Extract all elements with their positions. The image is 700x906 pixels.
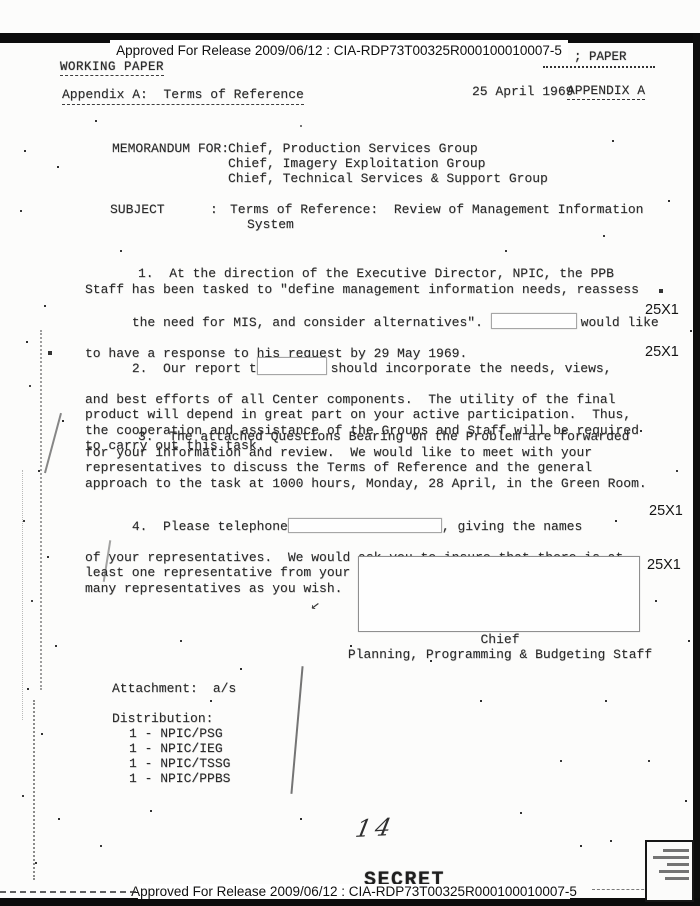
scan-scratch (44, 413, 61, 473)
stamp-underline (543, 66, 655, 68)
working-paper-stamp: WORKING PAPER (60, 60, 164, 76)
appendix-heading: Appendix A: Terms of Reference (62, 87, 304, 105)
document-date: 25 April 1969 (472, 84, 573, 99)
scan-dotted-line (40, 330, 42, 690)
text-before-redaction: 4. Please telephone (132, 519, 288, 534)
scan-noise (0, 0, 2, 2)
memorandum-for-label: MEMORANDUM FOR: (112, 141, 229, 156)
appendix-label: APPENDIX A (567, 83, 645, 100)
stamp-smudge (665, 877, 689, 880)
distribution-item: 1 - NPIC/IEG (129, 741, 230, 756)
recipient: Chief, Imagery Exploitation Group (228, 156, 548, 171)
scan-dotted-line (22, 470, 23, 720)
paragraph-line: approach to the task at 1000 hours, Mond… (85, 476, 670, 492)
paragraph-line: Staff has been tasked to "define managem… (85, 282, 670, 298)
distribution-list: 1 - NPIC/PSG 1 - NPIC/IEG 1 - NPIC/TSSG … (129, 726, 230, 786)
paragraph-3: 3. The attached Questions Bearing on the… (85, 429, 670, 491)
attachment-value: a/s (213, 681, 236, 696)
subject-label: SUBJECT (110, 202, 165, 217)
paragraph-line: product will depend in great part on you… (85, 407, 670, 423)
paragraph-line: 1. At the direction of the Executive Dir… (85, 266, 670, 282)
scanned-memo-page: Approved For Release 2009/06/12 : CIA-RD… (0, 0, 700, 906)
stamp-smudge (659, 870, 689, 873)
text-after-redaction: should incorporate the needs, views, (331, 361, 612, 376)
margin-note-25x1: 25X1 (645, 344, 679, 360)
signature-redaction-box (358, 556, 640, 632)
bottom-scan-bar (0, 898, 700, 906)
distribution-item: 1 - NPIC/PSG (129, 726, 230, 741)
subject-line: System (247, 217, 294, 232)
recipient: Chief, Technical Services & Support Grou… (228, 171, 548, 186)
redaction-box (288, 518, 442, 533)
text-before-redaction: 2. Our report t (132, 361, 257, 376)
margin-note-25x1: 25X1 (647, 557, 681, 573)
scan-scratch (290, 666, 303, 794)
attachment-label: Attachment: (112, 681, 198, 696)
illegible-stamp-box (645, 840, 694, 902)
paragraph-line: for your information and review. We woul… (85, 445, 670, 461)
right-scan-bar (693, 33, 700, 906)
handwritten-mark: ↙ (310, 594, 322, 614)
attachment-row: Attachment:a/s (112, 681, 236, 696)
signature-block: Chief Planning, Programming & Budgeting … (300, 632, 700, 662)
paragraph-line: 2. Our report tshould incorporate the ne… (85, 341, 670, 392)
scan-dotted-line (33, 700, 35, 880)
paragraph-line: 3. The attached Questions Bearing on the… (85, 429, 670, 445)
margin-note-25x1: 25X1 (649, 503, 683, 519)
paragraph-line: the need for MIS, and consider alternati… (85, 297, 670, 346)
paragraph-line: 4. Please telephone, giving the names (85, 502, 670, 550)
working-paper-stamp-fragment: ; PAPER (574, 50, 627, 64)
text-after-redaction: , giving the names (442, 519, 582, 534)
subject-line: Terms of Reference: Review of Management… (230, 202, 643, 217)
stamp-smudge (667, 863, 689, 866)
distribution-item: 1 - NPIC/PPBS (129, 771, 230, 786)
paragraph-line: representatives to discuss the Terms of … (85, 460, 670, 476)
signer-org: Planning, Programming & Budgeting Staff (300, 647, 700, 662)
release-banner-bottom-text: Approved For Release 2009/06/12 : CIA-RD… (131, 884, 577, 899)
scan-dash-line-left (0, 891, 136, 893)
paragraph-line: and best efforts of all Center component… (85, 392, 670, 408)
distribution-item: 1 - NPIC/TSSG (129, 756, 230, 771)
release-banner-top-text: Approved For Release 2009/06/12 : CIA-RD… (116, 43, 562, 58)
signer-title: Chief (300, 632, 700, 647)
margin-note-25x1: 25X1 (645, 302, 679, 318)
recipient-list: Chief, Production Services Group Chief, … (228, 141, 548, 186)
release-banner-top: Approved For Release 2009/06/12 : CIA-RD… (110, 40, 568, 60)
distribution-label: Distribution: (112, 711, 213, 726)
redaction-box (257, 357, 327, 375)
stamp-smudge (653, 856, 689, 859)
release-banner-bottom: Approved For Release 2009/06/12 : CIA-RD… (138, 884, 570, 899)
recipient: Chief, Production Services Group (228, 141, 548, 156)
text-before-redaction: the need for MIS, and consider alternati… (132, 315, 491, 330)
handwritten-page-number: 14 (353, 813, 398, 843)
stamp-smudge (663, 849, 689, 852)
redaction-box (491, 313, 577, 329)
subject-separator: : (210, 202, 218, 217)
